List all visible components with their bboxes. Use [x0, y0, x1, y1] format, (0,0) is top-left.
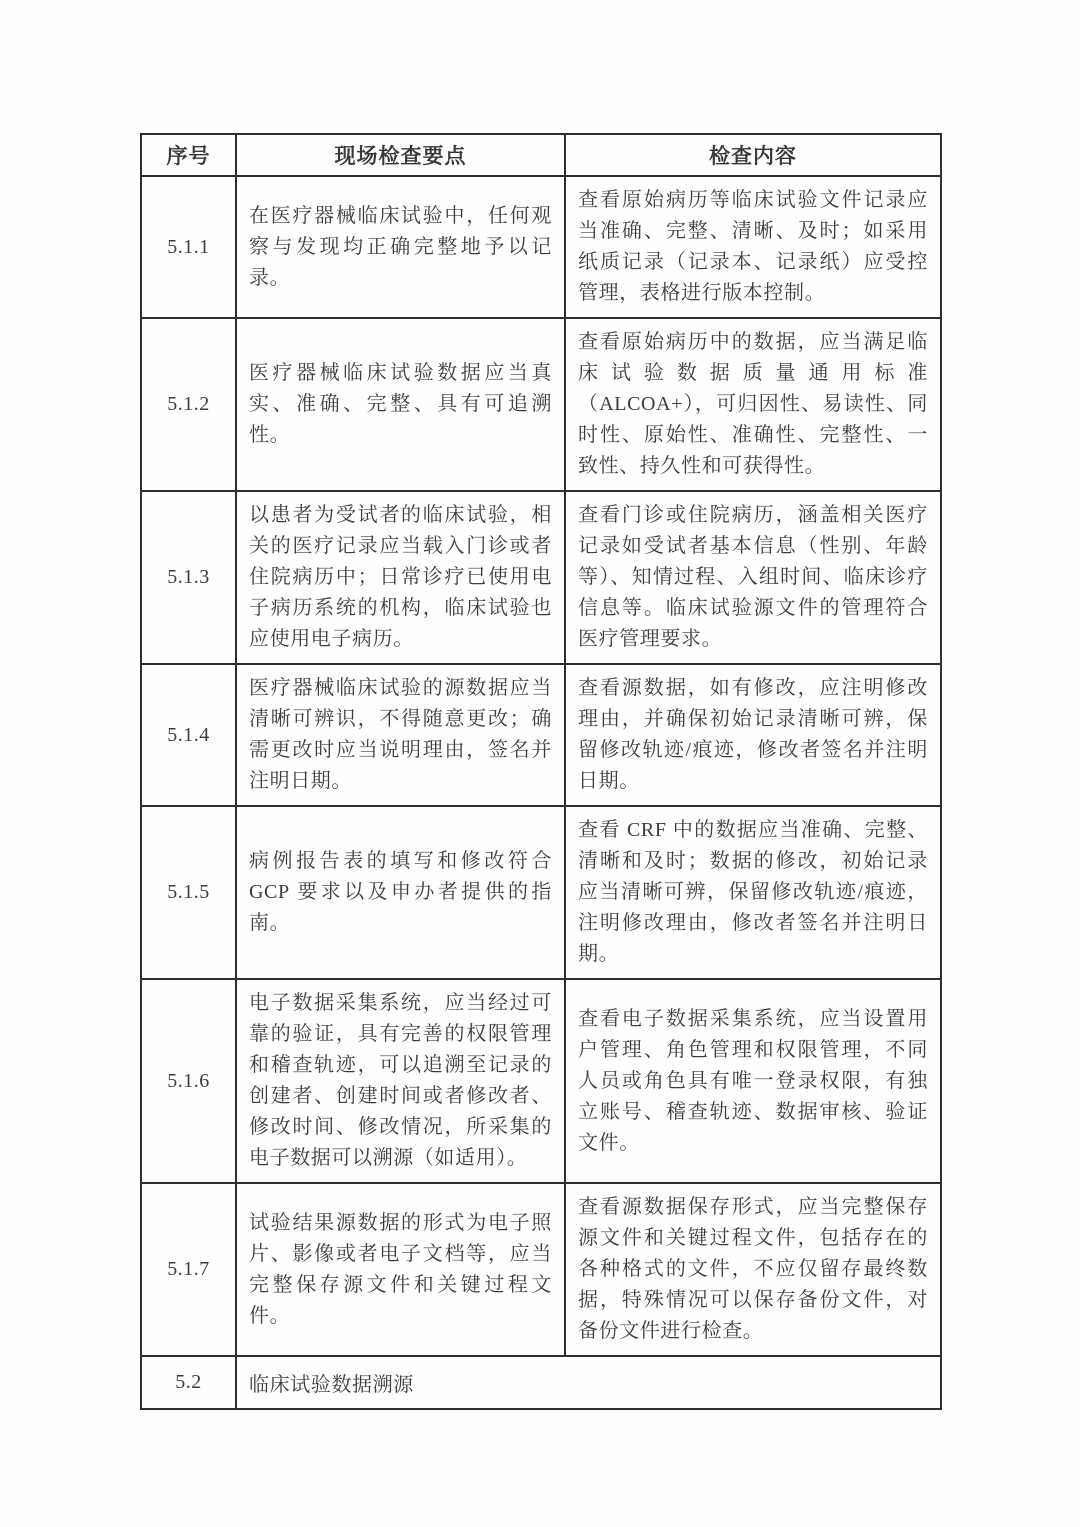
inspection-point: 试验结果源数据的形式为电子照片、影像或者电子文档等，应当完整保存源文件和关键过程… [236, 1183, 565, 1356]
header-serial-number: 序号 [141, 134, 236, 176]
table-row: 5.1.4 医疗器械临床试验的源数据应当清晰可辨识，不得随意更改；确需更改时应当… [141, 664, 941, 806]
row-id: 5.1.4 [141, 664, 236, 806]
inspection-content: 查看原始病历中的数据，应当满足临床试验数据质量通用标准（ALCOA+），可归因性… [565, 318, 941, 491]
inspection-point: 电子数据采集系统，应当经过可靠的验证，具有完善的权限管理和稽查轨迹，可以追溯至记… [236, 979, 565, 1183]
section-row-id: 5.2 [141, 1356, 236, 1409]
table-row: 5.1.2 医疗器械临床试验数据应当真实、准确、完整、具有可追溯性。 查看原始病… [141, 318, 941, 491]
inspection-point: 医疗器械临床试验的源数据应当清晰可辨识，不得随意更改；确需更改时应当说明理由，签… [236, 664, 565, 806]
table-row: 5.1.3 以患者为受试者的临床试验，相关的医疗记录应当载入门诊或者住院病历中；… [141, 491, 941, 664]
table-row: 5.1.1 在医疗器械临床试验中，任何观察与发现均正确完整地予以记录。 查看原始… [141, 176, 941, 318]
document-page: 序号 现场检查要点 检查内容 5.1.1 在医疗器械临床试验中，任何观察与发现均… [0, 0, 1080, 1527]
inspection-point: 以患者为受试者的临床试验，相关的医疗记录应当载入门诊或者住院病历中；日常诊疗已使… [236, 491, 565, 664]
row-id: 5.1.5 [141, 806, 236, 979]
section-row-label: 临床试验数据溯源 [236, 1356, 941, 1409]
inspection-content: 查看源数据保存形式，应当完整保存源文件和关键过程文件，包括存在的各种格式的文件，… [565, 1183, 941, 1356]
inspection-point: 病例报告表的填写和修改符合 GCP 要求以及申办者提供的指南。 [236, 806, 565, 979]
row-id: 5.1.3 [141, 491, 236, 664]
inspection-point: 在医疗器械临床试验中，任何观察与发现均正确完整地予以记录。 [236, 176, 565, 318]
header-inspection-content: 检查内容 [565, 134, 941, 176]
inspection-point: 医疗器械临床试验数据应当真实、准确、完整、具有可追溯性。 [236, 318, 565, 491]
inspection-checklist-table: 序号 现场检查要点 检查内容 5.1.1 在医疗器械临床试验中，任何观察与发现均… [140, 133, 942, 1410]
header-inspection-points: 现场检查要点 [236, 134, 565, 176]
table-header-row: 序号 现场检查要点 检查内容 [141, 134, 941, 176]
inspection-content: 查看原始病历等临床试验文件记录应当准确、完整、清晰、及时；如采用纸质记录（记录本… [565, 176, 941, 318]
row-id: 5.1.6 [141, 979, 236, 1183]
row-id: 5.1.2 [141, 318, 236, 491]
inspection-content: 查看电子数据采集系统，应当设置用户管理、角色管理和权限管理，不同人员或角色具有唯… [565, 979, 941, 1183]
inspection-content: 查看门诊或住院病历，涵盖相关医疗记录如受试者基本信息（性别、年龄等）、知情过程、… [565, 491, 941, 664]
section-row: 5.2 临床试验数据溯源 [141, 1356, 941, 1409]
table-row: 5.1.7 试验结果源数据的形式为电子照片、影像或者电子文档等，应当完整保存源文… [141, 1183, 941, 1356]
row-id: 5.1.7 [141, 1183, 236, 1356]
inspection-content: 查看 CRF 中的数据应当准确、完整、清晰和及时；数据的修改，初始记录应当清晰可… [565, 806, 941, 979]
table-row: 5.1.6 电子数据采集系统，应当经过可靠的验证，具有完善的权限管理和稽查轨迹，… [141, 979, 941, 1183]
inspection-content: 查看源数据，如有修改，应注明修改理由，并确保初始记录清晰可辨，保留修改轨迹/痕迹… [565, 664, 941, 806]
table-row: 5.1.5 病例报告表的填写和修改符合 GCP 要求以及申办者提供的指南。 查看… [141, 806, 941, 979]
row-id: 5.1.1 [141, 176, 236, 318]
